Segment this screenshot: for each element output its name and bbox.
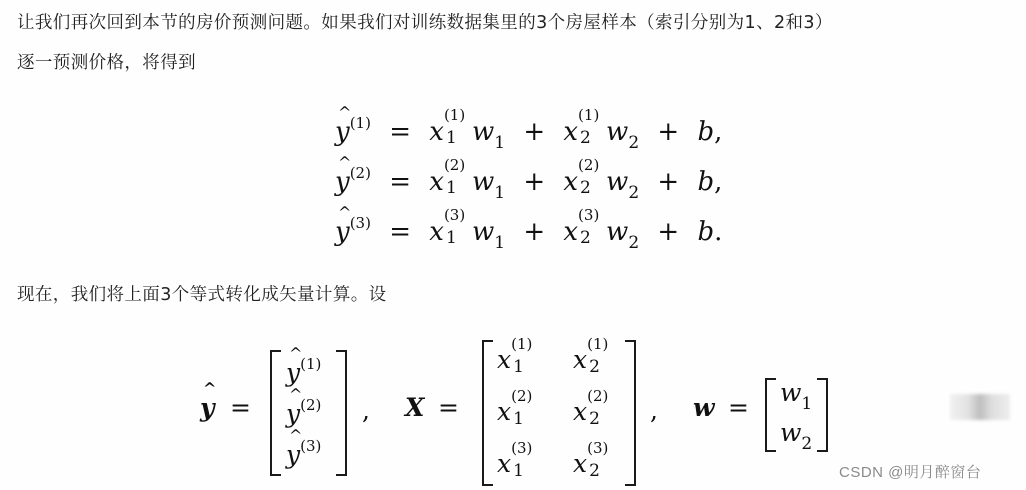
y-hat: y <box>335 217 350 247</box>
y-hat-entry-3: y(3) <box>286 437 321 469</box>
x-symbol: x <box>563 217 578 247</box>
y-hat-entry-2: y(2) <box>286 396 321 428</box>
superscript: (2) <box>511 387 532 405</box>
subscript: 2 <box>628 233 639 253</box>
subscript: 1 <box>513 461 524 481</box>
left-bracket <box>270 350 281 476</box>
comma: , <box>362 396 370 425</box>
x-symbol: x <box>573 345 587 374</box>
superscript: (3) <box>300 437 321 455</box>
x-symbol: x <box>429 117 444 147</box>
terminator: , <box>714 117 722 147</box>
y-hat: y <box>286 399 300 428</box>
subscript: 1 <box>446 128 457 148</box>
subscript: 1 <box>513 409 524 429</box>
subscript: 2 <box>589 409 600 429</box>
b-symbol: b <box>697 167 714 197</box>
plus-sign: + <box>657 167 679 197</box>
subscript: 1 <box>494 183 505 203</box>
equation-row-2: y(2) = x(2)1w1 + x(2)2w2 + b, <box>335 164 722 204</box>
superscript: (1) <box>511 335 532 353</box>
equation-row-3: y(3) = x(3)1w1 + x(3)2w2 + b. <box>335 214 722 254</box>
plus-sign: + <box>657 117 679 147</box>
vector-intro-paragraph: 现在，我们将上面3个等式转化成矢量计算。设 <box>17 280 387 310</box>
equals-sign: = <box>389 167 411 197</box>
x-symbol: x <box>497 397 511 426</box>
intro-line-1: 让我们再次回到本节的房价预测问题。如果我们对训练数据集里的3个房屋样本（索引分别… <box>17 8 833 38</box>
equals-sign: = <box>230 393 251 422</box>
y-hat: y <box>335 117 350 147</box>
w-symbol: w <box>780 418 801 447</box>
equals-sign: = <box>389 217 411 247</box>
bold-w: w <box>693 393 715 422</box>
plus-sign: + <box>657 217 679 247</box>
blurred-overlay <box>950 394 1010 420</box>
w-symbol: w <box>472 117 494 147</box>
subscript: 2 <box>801 434 812 454</box>
x-matrix-cell-1-2: x(1)2 <box>573 345 615 377</box>
equation-row-1: y(1) = x(1)1w1 + x(1)2w2 + b, <box>335 114 722 154</box>
left-bracket <box>482 340 493 486</box>
w-symbol: w <box>606 167 628 197</box>
subscript: 2 <box>589 461 600 481</box>
subscript: 1 <box>446 228 457 248</box>
superscript: (1) <box>300 355 321 373</box>
comma: , <box>650 396 658 425</box>
x-symbol: x <box>563 167 578 197</box>
left-bracket <box>765 378 776 452</box>
intro-line-2: 逐一预测价格，将得到 <box>17 48 196 78</box>
x-matrix-cell-1-1: x(1)1 <box>497 345 539 377</box>
equals-sign: = <box>389 117 411 147</box>
x-matrix-cell-2-2: x(2)2 <box>573 397 615 429</box>
superscript: (3) <box>444 206 465 224</box>
subscript: 2 <box>580 228 591 248</box>
subscript: 1 <box>494 133 505 153</box>
w-entry-2: w2 <box>780 418 812 454</box>
subscript: 2 <box>628 183 639 203</box>
x-symbol: x <box>497 345 511 374</box>
terminator: . <box>714 217 722 247</box>
subscript: 2 <box>628 133 639 153</box>
w-symbol: w <box>472 167 494 197</box>
superscript: (3) <box>350 214 371 232</box>
x-symbol: x <box>563 117 578 147</box>
plus-sign: + <box>523 167 545 197</box>
y-hat: y <box>286 440 300 469</box>
right-bracket <box>336 350 347 476</box>
w-symbol: w <box>472 217 494 247</box>
x-matrix-cell-2-1: x(2)1 <box>497 397 539 429</box>
x-symbol: x <box>573 397 587 426</box>
superscript: (2) <box>444 156 465 174</box>
superscript: (1) <box>350 114 371 132</box>
plus-sign: + <box>523 217 545 247</box>
subscript: 2 <box>589 357 600 377</box>
superscript: (2) <box>350 164 371 182</box>
y-hat-entry-1: y(1) <box>286 355 321 387</box>
right-bracket <box>625 340 636 486</box>
bold-y-hat: y <box>200 393 215 422</box>
terminator: , <box>714 167 722 197</box>
plus-sign: + <box>523 117 545 147</box>
b-symbol: b <box>697 117 714 147</box>
right-bracket <box>817 378 828 452</box>
subscript: 1 <box>446 178 457 198</box>
bold-X: X <box>405 393 424 422</box>
x-symbol: x <box>497 449 511 478</box>
superscript: (3) <box>578 206 599 224</box>
equals-sign: = <box>728 393 749 422</box>
subscript: 2 <box>580 128 591 148</box>
y-hat: y <box>335 167 350 197</box>
x-matrix-cell-3-2: x(3)2 <box>573 449 615 481</box>
w-symbol: w <box>606 217 628 247</box>
watermark: CSDN @明月醉窗台 <box>839 461 981 482</box>
equals-sign: = <box>438 393 459 422</box>
superscript: (1) <box>587 335 608 353</box>
w-symbol: w <box>780 378 801 407</box>
superscript: (2) <box>300 396 321 414</box>
superscript: (3) <box>587 439 608 457</box>
superscript: (1) <box>444 106 465 124</box>
superscript: (2) <box>578 156 599 174</box>
subscript: 2 <box>580 178 591 198</box>
superscript: (2) <box>587 387 608 405</box>
w-entry-1: w1 <box>780 378 812 414</box>
y-hat: y <box>286 358 300 387</box>
x-symbol: x <box>429 167 444 197</box>
superscript: (3) <box>511 439 532 457</box>
b-symbol: b <box>697 217 714 247</box>
subscript: 1 <box>801 394 812 414</box>
x-matrix-cell-3-1: x(3)1 <box>497 449 539 481</box>
x-symbol: x <box>429 217 444 247</box>
x-symbol: x <box>573 449 587 478</box>
w-symbol: w <box>606 117 628 147</box>
subscript: 1 <box>494 233 505 253</box>
subscript: 1 <box>513 357 524 377</box>
superscript: (1) <box>578 106 599 124</box>
